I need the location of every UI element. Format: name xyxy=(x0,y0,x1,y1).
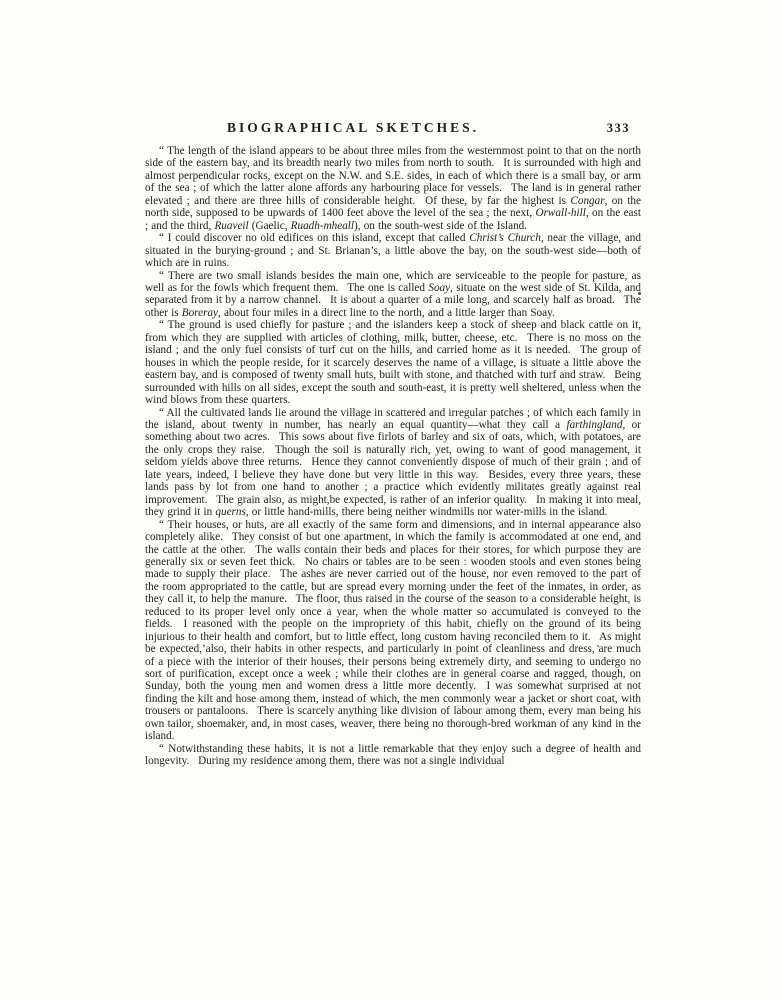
running-head: BIOGRAPHICAL SKETCHES. 333 xyxy=(145,120,641,136)
page-body: “ The length of the island appears to be… xyxy=(145,145,641,768)
paragraph: “ Notwithstanding these habits, it is no… xyxy=(145,743,641,768)
paragraph: “ The length of the island appears to be… xyxy=(145,145,641,232)
paragraph: “ I could discover no old edifices on th… xyxy=(145,232,641,269)
page-title: BIOGRAPHICAL SKETCHES. xyxy=(105,120,601,136)
book-page: BIOGRAPHICAL SKETCHES. 333 “ The length … xyxy=(0,0,782,1000)
paragraph: “ Their houses, or huts, are all exactly… xyxy=(145,519,641,743)
page-number: 333 xyxy=(607,121,630,136)
paragraph: “ All the cultivated lands lie around th… xyxy=(145,407,641,519)
paragraph: “ The ground is used chiefly for pasture… xyxy=(145,319,641,406)
scan-speck xyxy=(597,645,599,647)
paragraph: “ There are two small islands besides th… xyxy=(145,270,641,320)
scan-speck xyxy=(638,292,641,295)
